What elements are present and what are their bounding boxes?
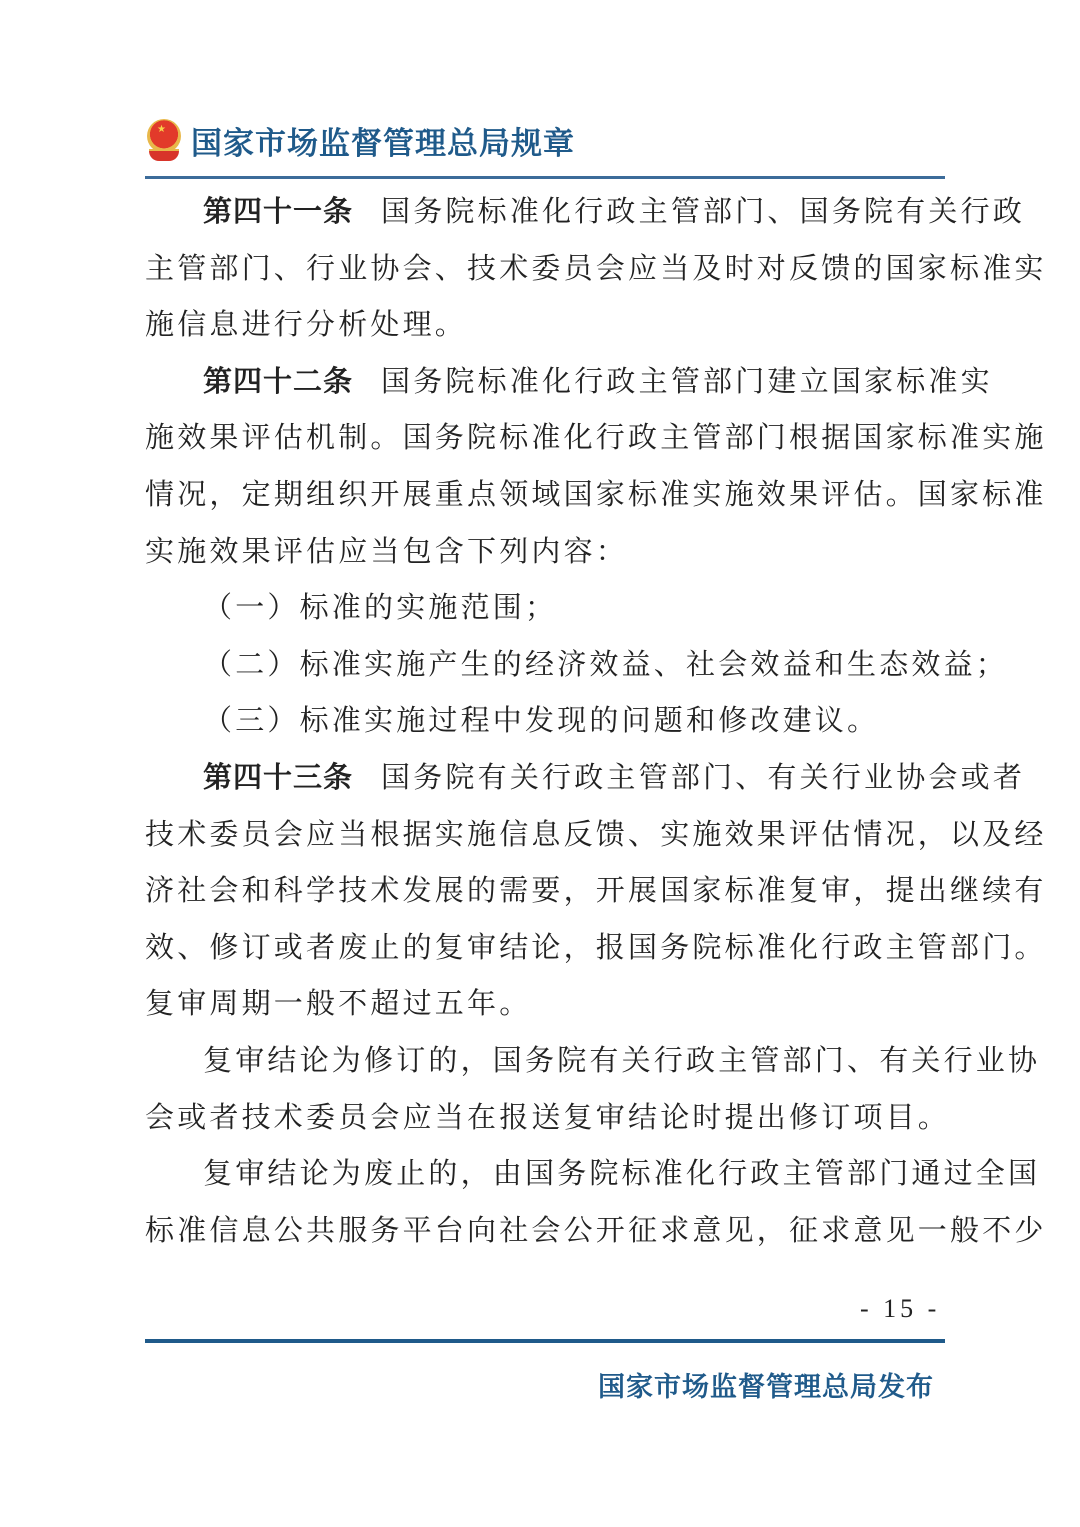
national-emblem-icon: ★ [145, 119, 183, 161]
paragraph-revision-line-1: 复审结论为修订的，国务院有关行政主管部门、有关行业协 [145, 1032, 945, 1089]
article-43-line-3: 济社会和科学技术发展的需要，开展国家标准复审，提出继续有 [145, 862, 945, 919]
article-text: 国务院有关行政主管部门、有关行业协会或者 [381, 760, 1025, 794]
article-41-line-3: 施信息进行分析处理。 [145, 296, 945, 353]
header-divider [145, 176, 945, 179]
article-label: 第四十一条 [203, 194, 353, 228]
article-43-line-2: 技术委员会应当根据实施信息反馈、实施效果评估情况，以及经 [145, 806, 945, 863]
article-42-line-2: 施效果评估机制。国务院标准化行政主管部门根据国家标准实施 [145, 409, 945, 466]
paragraph-revision-line-2: 会或者技术委员会应当在报送复审结论时提出修订项目。 [145, 1089, 945, 1146]
article-42-line-1: 第四十二条国务院标准化行政主管部门建立国家标准实 [145, 353, 945, 410]
article-43-line-5: 复审周期一般不超过五年。 [145, 975, 945, 1032]
list-item: （二）标准实施产生的经济效益、社会效益和生态效益； [145, 636, 945, 693]
list-item: （三）标准实施过程中发现的问题和修改建议。 [145, 692, 945, 749]
article-text: 国务院标准化行政主管部门、国务院有关行政 [381, 194, 1025, 228]
article-label: 第四十三条 [203, 760, 353, 794]
article-42-line-3: 情况，定期组织开展重点领域国家标准实施效果评估。国家标准 [145, 466, 945, 523]
header-title: 国家市场监督管理总局规章 [191, 118, 575, 163]
article-label: 第四十二条 [203, 364, 353, 398]
paragraph-abolish-line-2: 标准信息公共服务平台向社会公开征求意见，征求意见一般不少 [145, 1202, 945, 1259]
footer-divider [145, 1339, 945, 1343]
list-item: （一）标准的实施范围； [145, 579, 945, 636]
paragraph-abolish-line-1: 复审结论为废止的，由国务院标准化行政主管部门通过全国 [145, 1145, 945, 1202]
article-43-line-4: 效、修订或者废止的复审结论，报国务院标准化行政主管部门。 [145, 919, 945, 976]
article-text: 国务院标准化行政主管部门建立国家标准实 [381, 364, 993, 398]
page-number: - 15 - [860, 1294, 940, 1324]
article-42-line-4: 实施效果评估应当包含下列内容： [145, 523, 945, 580]
article-41-line-1: 第四十一条国务院标准化行政主管部门、国务院有关行政 [145, 183, 945, 240]
article-41-line-2: 主管部门、行业协会、技术委员会应当及时对反馈的国家标准实 [145, 240, 945, 297]
article-43-line-1: 第四十三条国务院有关行政主管部门、有关行业协会或者 [145, 749, 945, 806]
document-body: 第四十一条国务院标准化行政主管部门、国务院有关行政 主管部门、行业协会、技术委员… [145, 183, 945, 1258]
footer-publisher: 国家市场监督管理总局发布 [598, 1365, 934, 1404]
page-header: ★ 国家市场监督管理总局规章 [145, 115, 575, 165]
document-page: ★ 国家市场监督管理总局规章 第四十一条国务院标准化行政主管部门、国务院有关行政… [0, 0, 1080, 1527]
